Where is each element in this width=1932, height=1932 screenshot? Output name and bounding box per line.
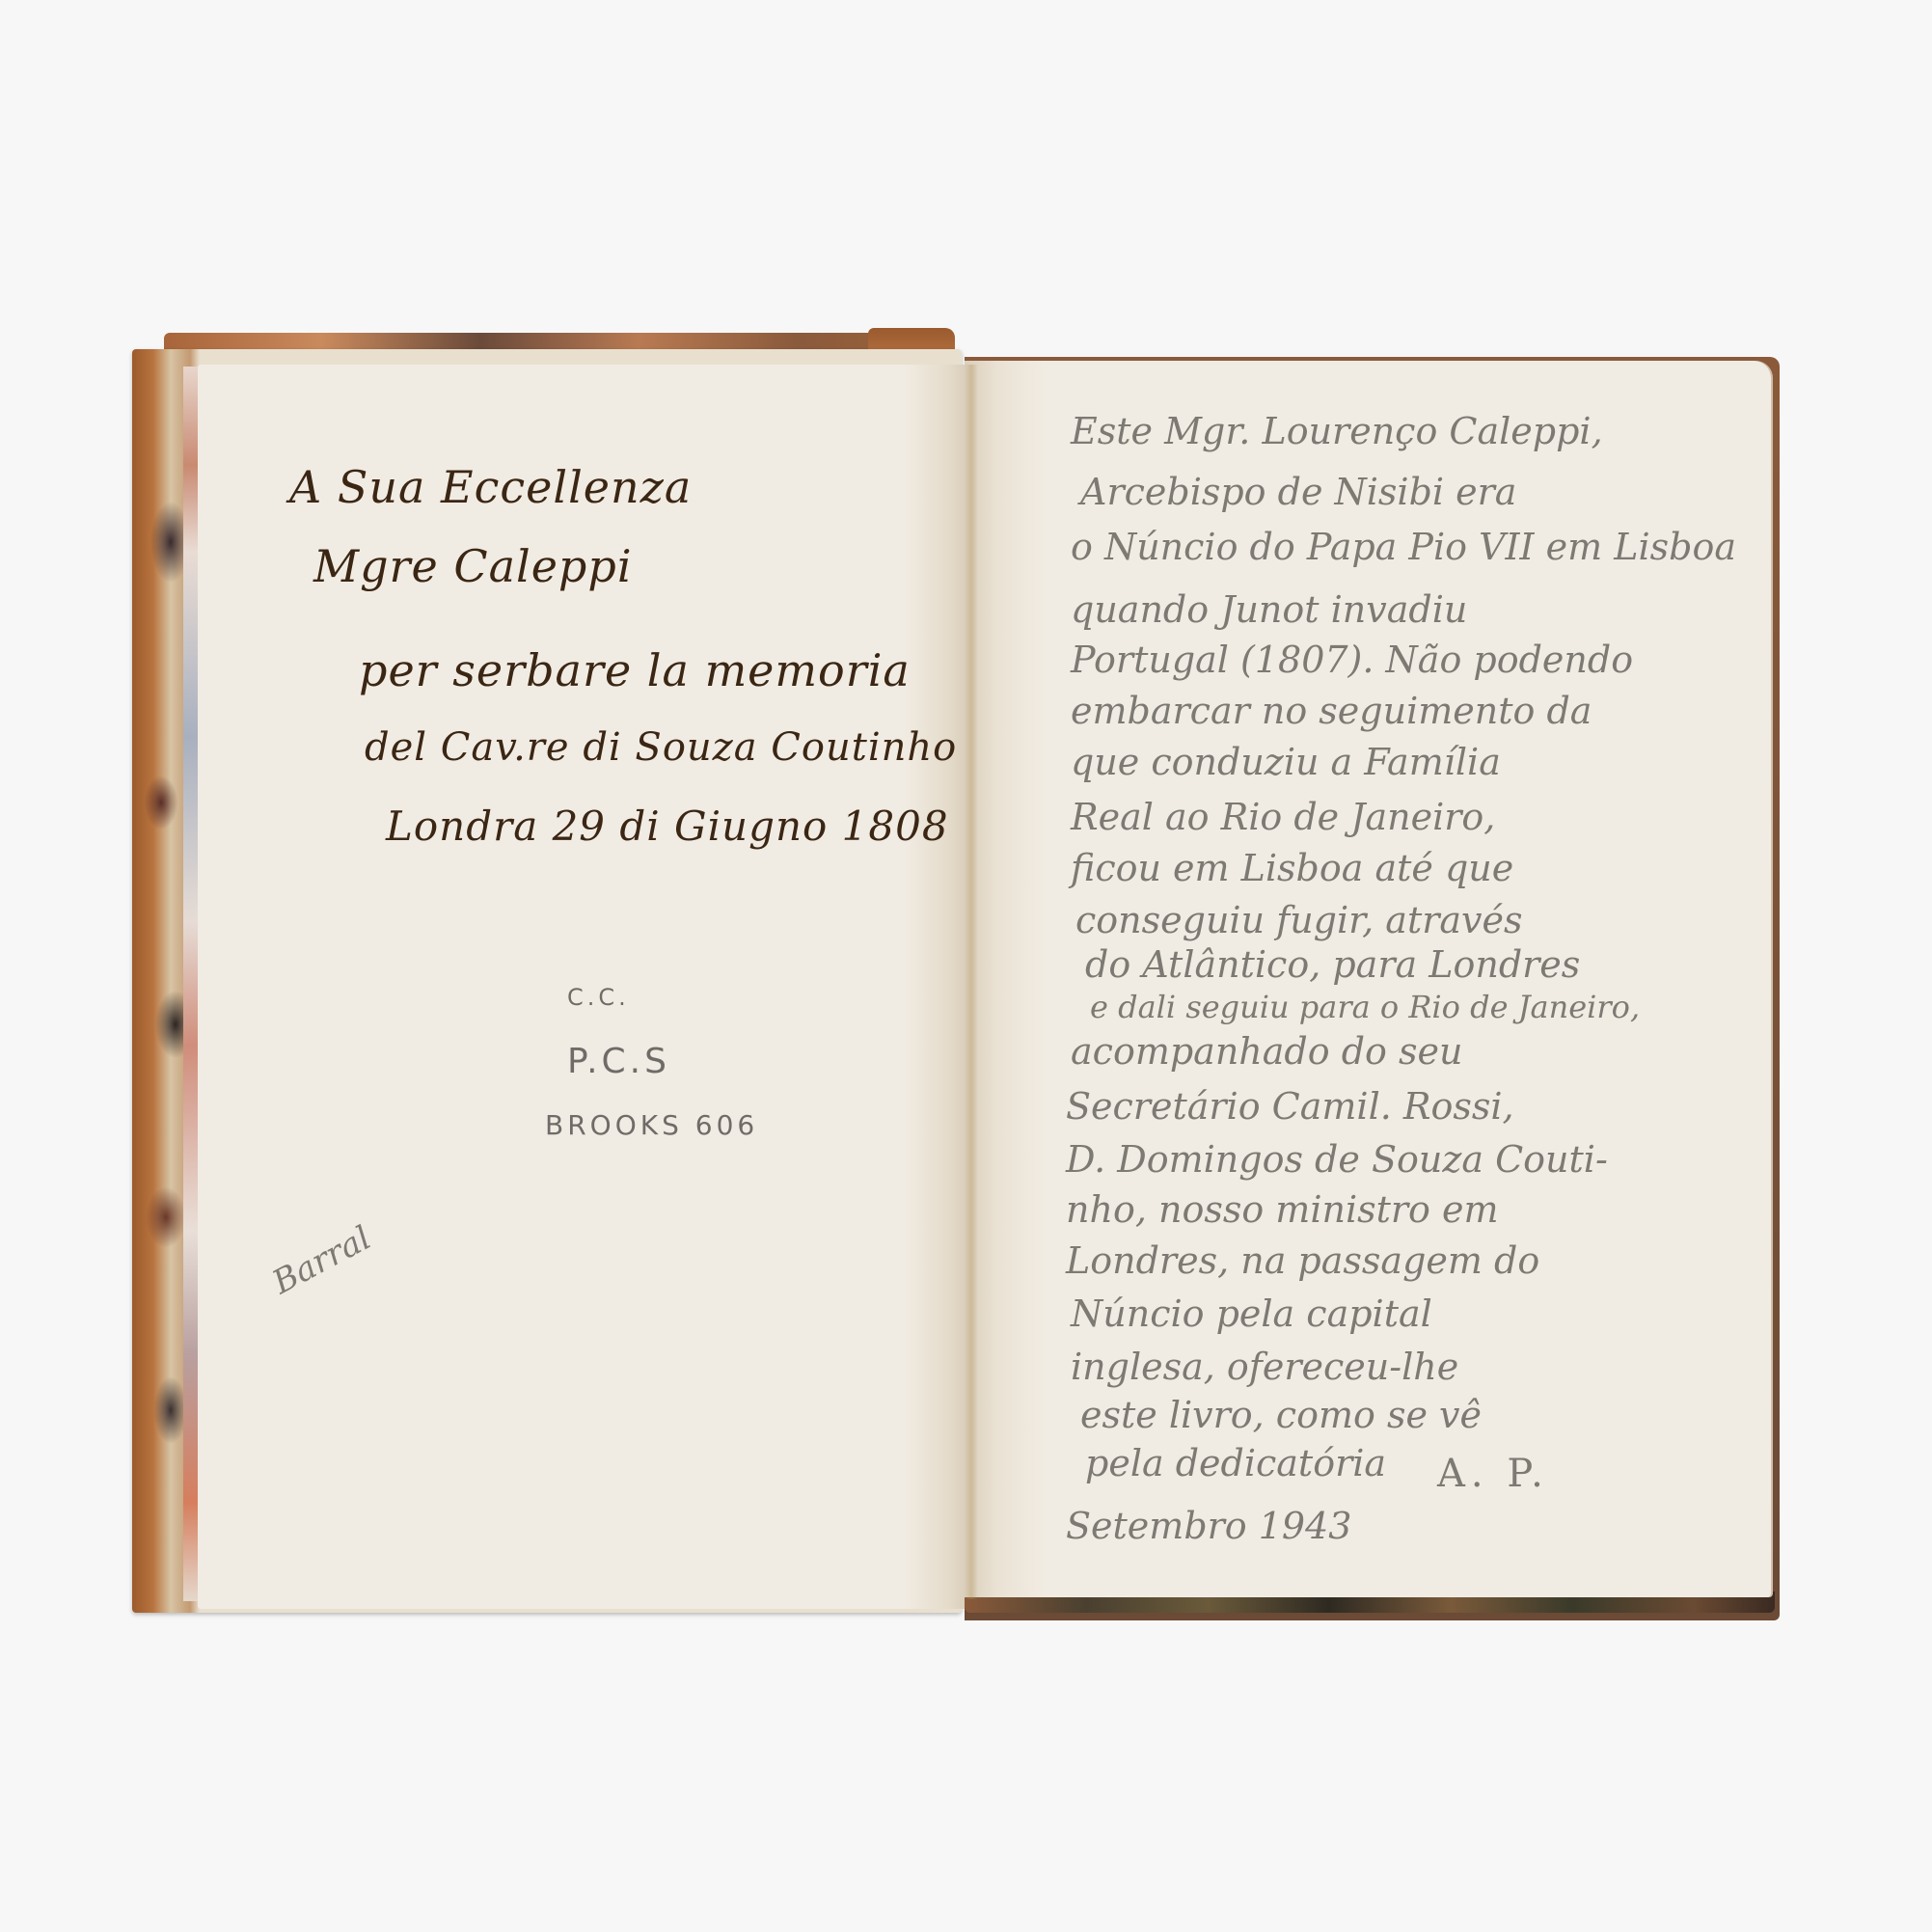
annotation-line: inglesa, ofereceu-lhe — [1071, 1346, 1458, 1388]
annotation-line: acompanhado do seu — [1071, 1030, 1462, 1073]
annotation-line: Núncio pela capital — [1071, 1293, 1432, 1335]
annotation-line: embarcar no seguimento da — [1071, 690, 1592, 732]
dedication-line-2: Mgre Caleppi — [313, 540, 633, 592]
annotation-date: Setembro 1943 — [1066, 1505, 1351, 1547]
annotation-line: o Núncio do Papa Pio VII em Lisboa — [1071, 526, 1736, 568]
annotation-line: este livro, como se vê — [1080, 1394, 1482, 1436]
dedication-line-1: A Sua Eccellenza — [289, 461, 692, 513]
annotation-line: do Atlântico, para Londres — [1085, 943, 1580, 986]
annotation-line: ficou em Lisboa até que — [1071, 847, 1513, 889]
annotation-line: Este Mgr. Lourenço Caleppi, — [1071, 410, 1603, 452]
annotation-line: que conduziu a Família — [1071, 741, 1501, 783]
annotation-signature: A. P. — [1437, 1452, 1549, 1496]
annotation-line: Portugal (1807). Não podendo — [1071, 639, 1633, 681]
annotation-line: nho, nosso ministro em — [1066, 1188, 1499, 1231]
gutter-stain — [965, 365, 978, 1599]
annotation-line: quando Junot invadiu — [1071, 588, 1467, 631]
annotation-line: pela dedicatória — [1085, 1442, 1386, 1484]
dedication-line-4: del Cav.re di Souza Coutinho — [365, 725, 957, 770]
annotation-line: D. Domingos de Souza Couti- — [1066, 1138, 1608, 1181]
open-book: A Sua Eccellenza Mgre Caleppi per serbar… — [0, 0, 1932, 1932]
dedication-line-3: per serbare la memoria — [359, 644, 911, 696]
annotation-line: conseguiu fugir, através — [1075, 899, 1523, 941]
dedication-line-5-date: Londra 29 di Giugno 1808 — [386, 803, 949, 850]
annotation-line: Arcebispo de Nisibi era — [1080, 471, 1516, 513]
annotation-line: e dali seguiu para o Rio de Janeiro, — [1090, 989, 1640, 1025]
pencil-mark-pcs: P.C.S — [567, 1042, 670, 1081]
pencil-mark-brooks: BROOKS 606 — [545, 1109, 758, 1141]
pencil-mark-cc: C.C. — [567, 984, 630, 1011]
annotation-line: Real ao Rio de Janeiro, — [1071, 796, 1495, 838]
annotation-line: Londres, na passagem do — [1066, 1239, 1539, 1282]
annotation-line: Secretário Camil. Rossi, — [1066, 1085, 1514, 1128]
